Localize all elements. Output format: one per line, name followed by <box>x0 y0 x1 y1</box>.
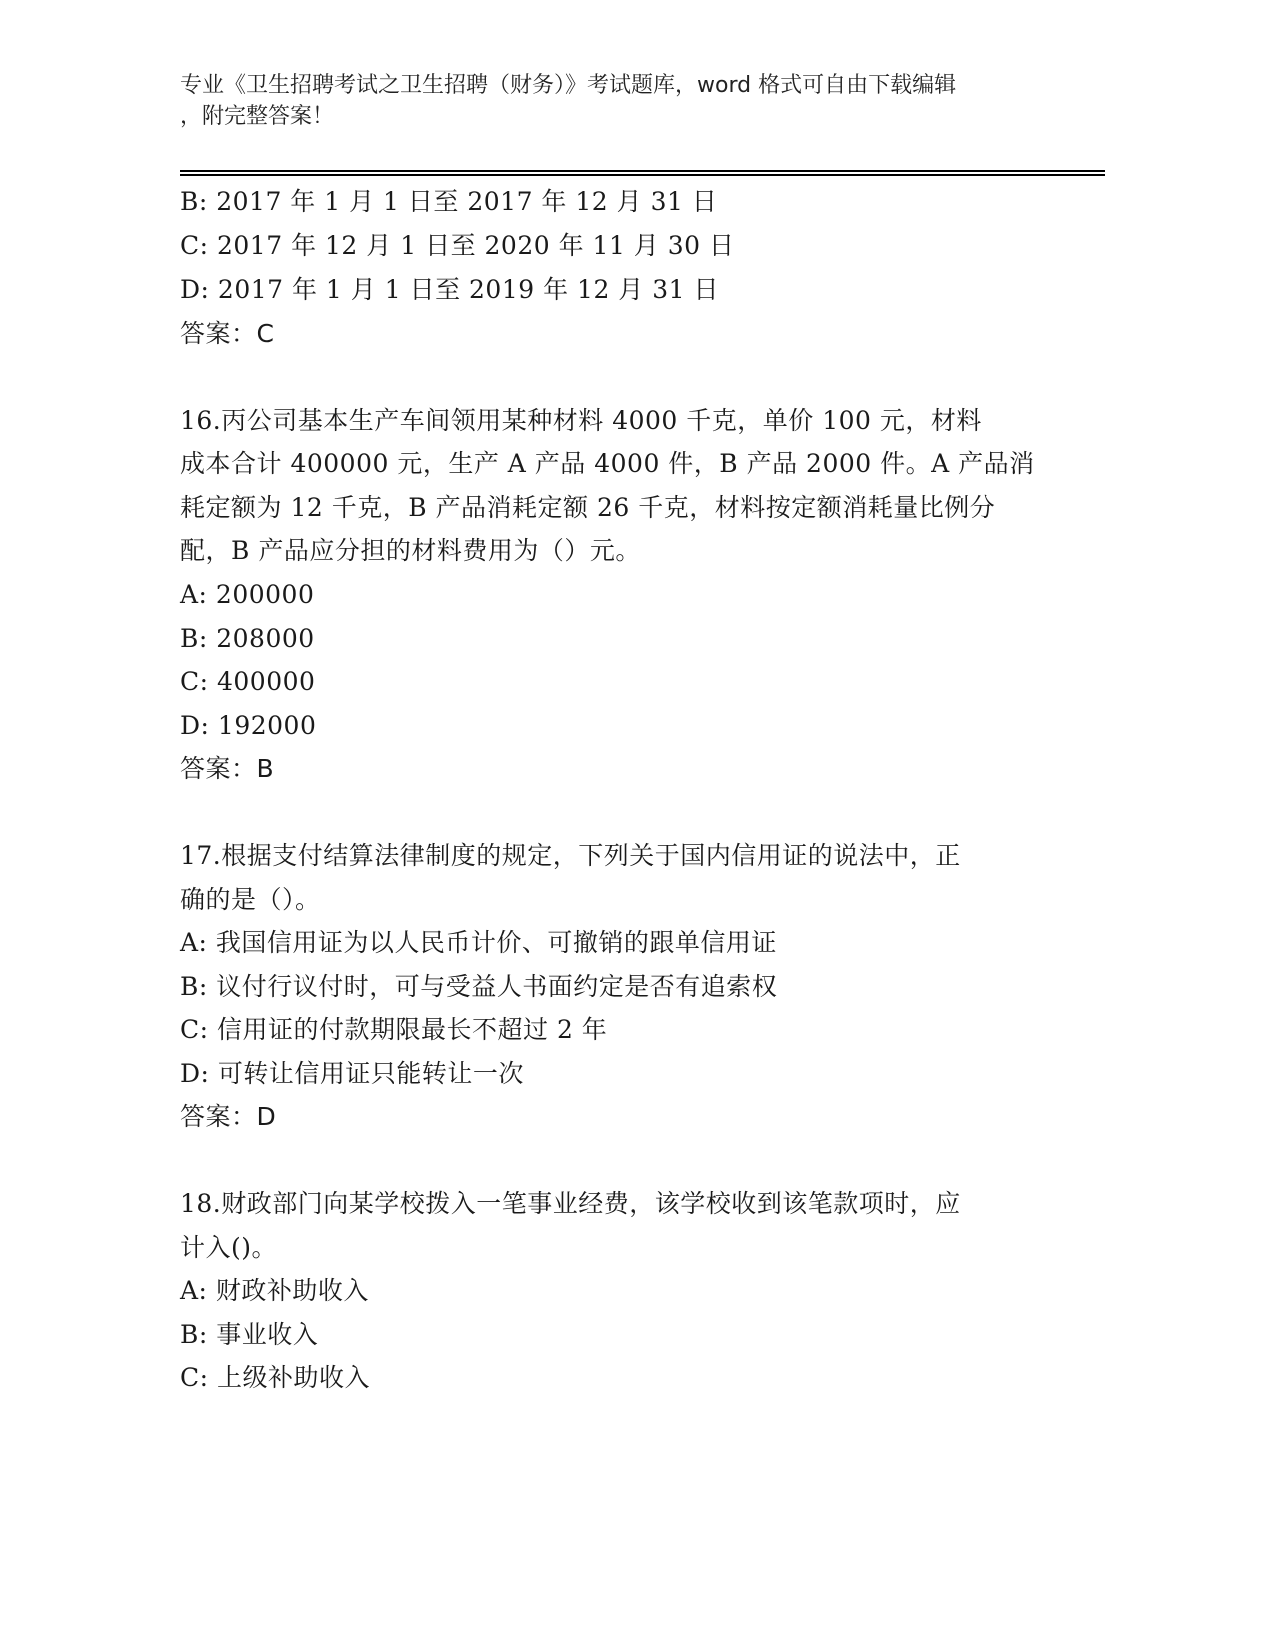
q16-option-c: C: 400000 <box>180 667 315 697</box>
q16-option-a: A: 200000 <box>180 580 314 610</box>
q17-option-b: B: 议付行议付时，可与受益人书面约定是否有追索权 <box>180 972 777 1002</box>
q16-option-b: B: 208000 <box>180 624 315 654</box>
q17-option-a: A: 我国信用证为以人民币计价、可撤销的跟单信用证 <box>180 928 777 958</box>
q16-stem-line-1: 16.丙公司基本生产车间领用某种材料 4000 千克，单价 100 元，材料 <box>180 406 982 436</box>
header-line-2: ，附完整答案！ <box>180 101 1060 132</box>
q16-answer: 答案：B <box>180 754 274 784</box>
q15-option-d: D: 2017 年 1 月 1 日至 2019 年 12 月 31 日 <box>180 275 719 305</box>
q16-stem-line-4: 配，B 产品应分担的材料费用为（）元。 <box>180 536 641 566</box>
header-line-1: 专业《卫生招聘考试之卫生招聘（财务）》考试题库，word 格式可自由下载编辑 <box>180 70 1060 101</box>
q16-stem-line-3: 耗定额为 12 千克，B 产品消耗定额 26 千克，材料按定额消耗量比例分 <box>180 493 995 523</box>
q16-option-d: D: 192000 <box>180 711 316 741</box>
q17-stem-line-1: 17.根据支付结算法律制度的规定，下列关于国内信用证的说法中，正 <box>180 841 961 871</box>
q15-option-b: B: 2017 年 1 月 1 日至 2017 年 12 月 31 日 <box>180 187 717 217</box>
q18-option-b: B: 事业收入 <box>180 1320 318 1350</box>
header-divider <box>180 170 1105 176</box>
q17-option-d: D: 可转让信用证只能转让一次 <box>180 1059 524 1089</box>
q18-option-a: A: 财政补助收入 <box>180 1276 369 1306</box>
q16-stem-line-2: 成本合计 400000 元，生产 A 产品 4000 件，B 产品 2000 件… <box>180 449 1035 479</box>
q18-stem-line-1: 18.财政部门向某学校拨入一笔事业经费，该学校收到该笔款项时，应 <box>180 1189 961 1219</box>
q15-answer: 答案：C <box>180 319 274 349</box>
q18-stem-line-2: 计入()。 <box>180 1233 277 1263</box>
q17-stem-line-2: 确的是（）。 <box>180 885 321 915</box>
q15-option-c: C: 2017 年 12 月 1 日至 2020 年 11 月 30 日 <box>180 231 735 261</box>
q18-option-c: C: 上级补助收入 <box>180 1363 370 1393</box>
q17-answer: 答案：D <box>180 1102 276 1132</box>
q17-option-c: C: 信用证的付款期限最长不超过 2 年 <box>180 1015 607 1045</box>
document-header: 专业《卫生招聘考试之卫生招聘（财务）》考试题库，word 格式可自由下载编辑 ，… <box>180 70 1060 132</box>
